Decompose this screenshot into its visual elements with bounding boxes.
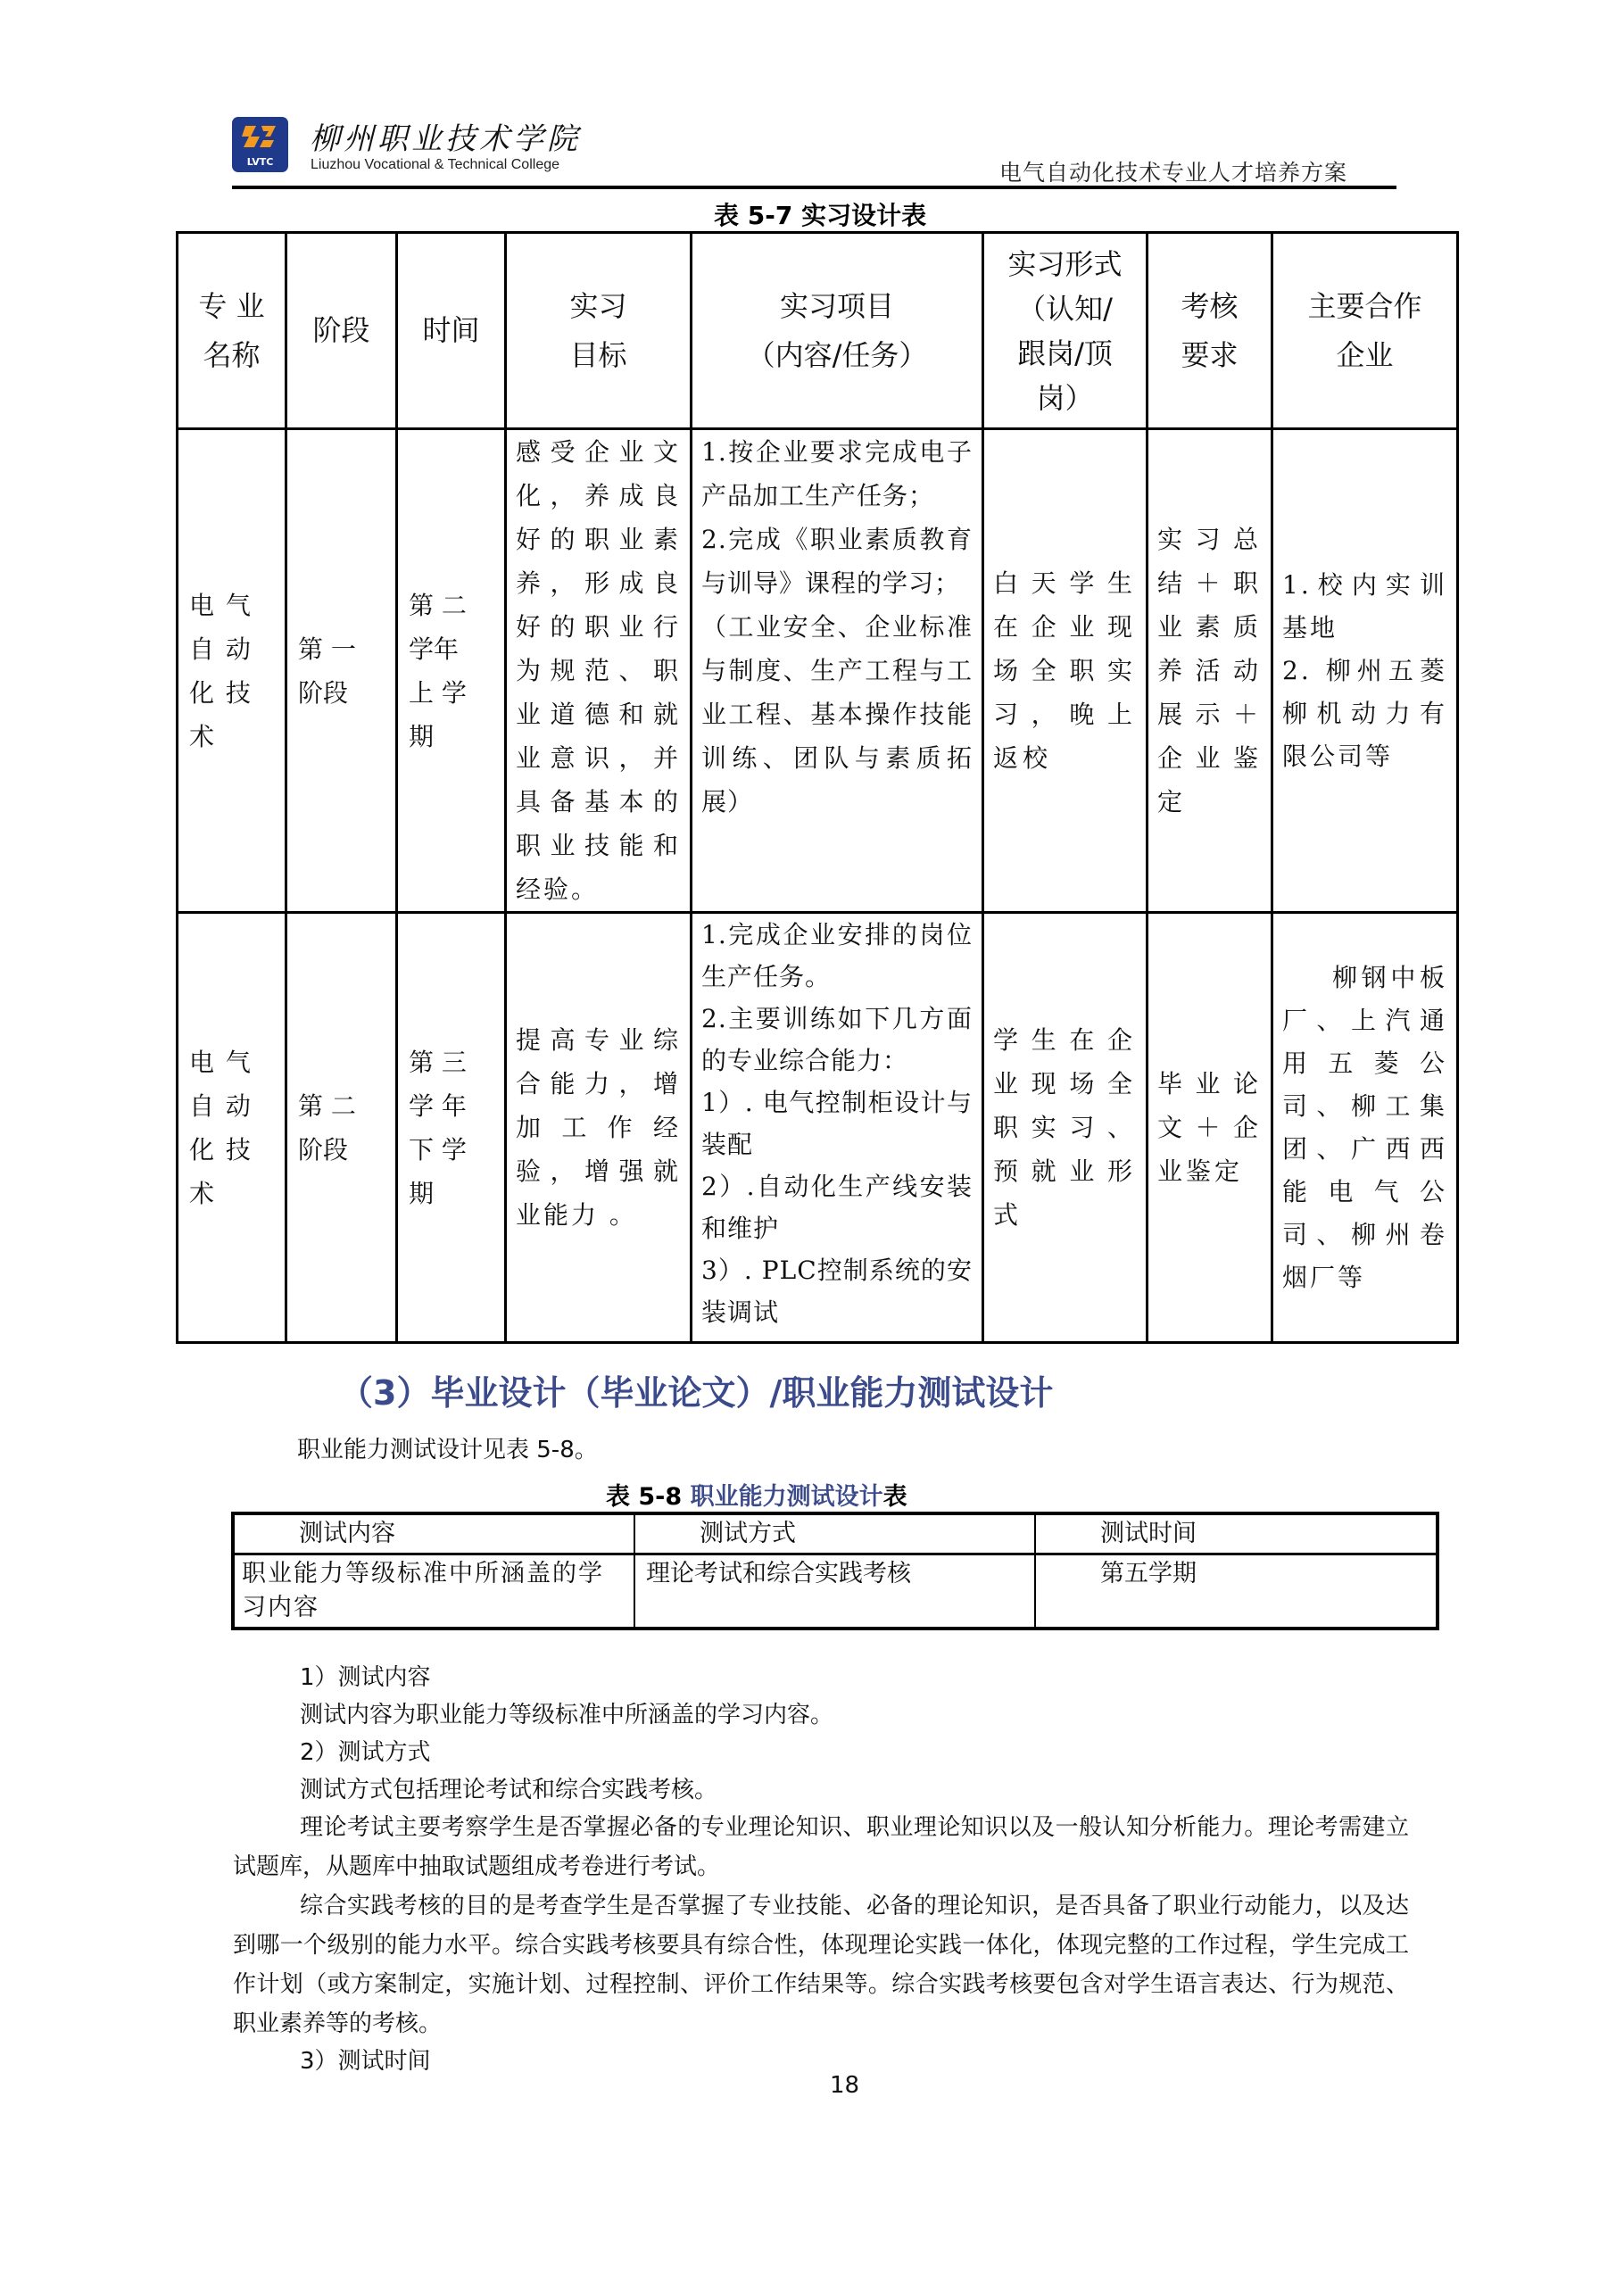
table-5-7-caption: 表 5-7 实习设计表 [714,196,926,232]
header-test-content: 测试内容 [233,1513,634,1554]
subsection-2-text: 测试方式包括理论考试和综合实践考核。 [300,1772,717,1808]
cell-time: 第 三 学 年 下 学 期 [397,913,506,1343]
header-partners: 主要合作 企业 [1272,233,1458,429]
header-goal: 实习 目标 [506,233,692,429]
school-name-english: Liuzhou Vocational & Technical College [311,157,559,173]
caption-title: 职业能力测试设计 [691,1483,883,1511]
cell-assessment: 毕业论文＋企业鉴定 [1148,913,1272,1343]
header-items: 实习项目 （内容/任务） [692,233,983,429]
cell-assessment: 实习总结＋职业素质养活动展示＋企业鉴定 [1148,429,1272,913]
subsection-1-text: 测试内容为职业能力等级标准中所涵盖的学习内容。 [300,1697,833,1733]
table-header-row: 测试内容 测试方式 测试时间 [233,1513,1438,1554]
cell-goal: 提高专业综合能力，增加工作经验，增强就业能力 。 [506,913,692,1343]
cell-major: 电 气 自 动 化 技 术 [178,429,286,913]
header-stage: 阶段 [286,233,397,429]
cell-items: 1.完成企业安排的岗位生产任务。 2.主要训练如下几方面的专业综合能力： 1）.… [692,913,983,1343]
header-major-name: 专 业 名称 [178,233,286,429]
cell-partners: 1.校内实训基地 2. 柳州五菱柳机动力有限公司等 [1272,429,1458,913]
cell-time: 第 二 学年 上 学 期 [397,429,506,913]
cell-items: 1.按企业要求完成电子产品加工生产任务； 2.完成《职业素质教育与训导》课程的学… [692,429,983,913]
cell-stage: 第 二 阶段 [286,913,397,1343]
cell-goal: 感受企业文化，养成良好的职业素养，形成良好的职业行为规范、职业道德和就业意识，并… [506,429,692,913]
header-assessment: 考核 要求 [1148,233,1272,429]
document-title: 电气自动化技术专业人才培养方案 [999,155,1347,187]
table-row: 职业能力等级标准中所涵盖的学习内容 理论考试和综合实践考核 第五学期 [233,1554,1438,1629]
header-divider [232,186,1396,189]
cell-partners: 柳钢中板厂、上汽通用五菱公司、柳工集团、广西西能电气公司、柳州卷烟厂等 [1272,913,1458,1343]
school-name-chinese: 柳州职业技术学院 [310,114,581,158]
cell-major: 电 气 自 动 化 技 术 [178,913,286,1343]
subsection-2-title: 2）测试方式 [300,1735,431,1770]
logo-abbreviation: LVTC [232,156,288,168]
paragraph-theory-exam: 理论考试主要考察学生是否掌握必备的专业理论知识、职业理论知识以及一般认知分析能力… [233,1808,1409,1886]
ability-test-design-table: 测试内容 测试方式 测试时间 职业能力等级标准中所涵盖的学习内容 理论考试和综合… [231,1512,1439,1630]
cell-form: 白天学生在企业现场全职实习，晚上返校 [983,429,1148,913]
table-row: 电 气 自 动 化 技 术 第 一 阶段 第 二 学年 上 学 期 感受企业文化… [178,429,1458,913]
table-5-8-caption: 表 5-8 职业能力测试设计表 [606,1477,907,1512]
section-intro: 职业能力测试设计见表 5-8。 [297,1432,598,1468]
cell-test-method: 理论考试和综合实践考核 [634,1554,1035,1629]
header-time: 时间 [397,233,506,429]
section-heading: （3）毕业设计（毕业论文）/职业能力测试设计 [339,1365,1053,1414]
header-test-method: 测试方式 [634,1513,1035,1554]
header-form: 实习形式 （认知/ 跟岗/顶 岗） [983,233,1148,429]
subsection-1-title: 1）测试内容 [300,1660,431,1695]
subsection-3-title: 3）测试时间 [300,2043,431,2079]
caption-suffix: 表 [883,1483,907,1511]
cell-form: 学生在企业现场全职实习、预就业形式 [983,913,1148,1343]
college-logo: LVTC [232,117,288,172]
table-row: 电 气 自 动 化 技 术 第 二 阶段 第 三 学 年 下 学 期 提高专业综… [178,913,1458,1343]
caption-prefix: 表 5-8 [606,1483,691,1511]
header-test-time: 测试时间 [1035,1513,1438,1554]
table-header-row: 专 业 名称 阶段 时间 实习 目标 实习项目 （内容/任务） 实习形式 （认知… [178,233,1458,429]
cell-test-content: 职业能力等级标准中所涵盖的学习内容 [233,1554,634,1629]
lvtc-logo-icon [242,124,278,151]
page-number: 18 [830,2072,859,2099]
internship-design-table: 专 业 名称 阶段 时间 实习 目标 实习项目 （内容/任务） 实习形式 （认知… [176,231,1459,1344]
paragraph-practice-assessment: 综合实践考核的目的是考查学生是否掌握了专业技能、必备的理论知识，是否具备了职业行… [233,1886,1409,2043]
cell-stage: 第 一 阶段 [286,429,397,913]
cell-test-time: 第五学期 [1035,1554,1438,1629]
